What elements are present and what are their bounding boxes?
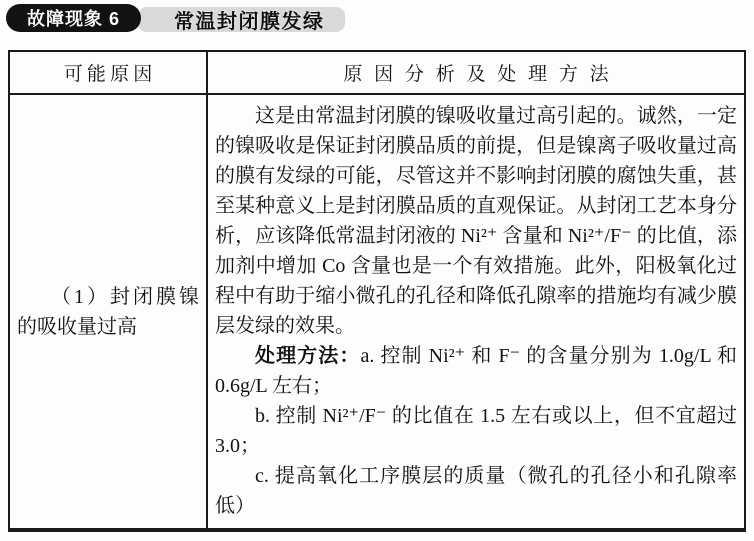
possible-cause-text: （1）封闭膜镍的吸收量过高 — [17, 282, 199, 342]
fault-table: 可能原因 原因分析及处理方法 （1）封闭膜镍的吸收量过高 这是由常温封闭膜的镍吸… — [8, 50, 746, 532]
analysis-paragraph-1: 这是由常温封闭膜的镍吸收量过高引起的。诚然，一定的镍吸收是保证封闭膜品质的前提，… — [215, 101, 737, 341]
fault-number-badge: 故障现象 6 — [6, 4, 141, 32]
table-row: （1）封闭膜镍的吸收量过高 这是由常温封闭膜的镍吸收量过高引起的。诚然，一定的镍… — [9, 94, 745, 530]
cell-possible-cause: （1）封闭膜镍的吸收量过高 — [9, 94, 207, 530]
header-cell-cause: 可能原因 — [9, 51, 207, 94]
fault-title-band: 常温封闭膜发绿 — [138, 7, 345, 32]
fault-table-body: （1）封闭膜镍的吸收量过高 这是由常温封闭膜的镍吸收量过高引起的。诚然，一定的镍… — [9, 94, 745, 530]
header-row: 可能原因 原因分析及处理方法 — [9, 51, 745, 94]
analysis-paragraph-2: 处理方法：a. 控制 Ni²⁺ 和 F⁻ 的含量分别为 1.0g/L 和 0.6… — [215, 341, 737, 401]
header-cell-analysis: 原因分析及处理方法 — [207, 51, 745, 94]
treatment-method-label: 处理方法： — [255, 345, 360, 367]
cell-analysis-method: 这是由常温封闭膜的镍吸收量过高引起的。诚然，一定的镍吸收是保证封闭膜品质的前提，… — [207, 94, 745, 530]
treatment-step-c: c. 提高氧化工序膜层的质量（微孔的孔径小和孔隙率低） — [215, 461, 737, 521]
treatment-step-b: b. 控制 Ni²⁺/F⁻ 的比值在 1.5 左右或以上，但不宜超过 3.0； — [215, 401, 737, 461]
fault-title: 常温封闭膜发绿 — [174, 5, 325, 34]
fault-number-badge-label: 故障现象 6 — [27, 5, 120, 31]
fault-table-header: 可能原因 原因分析及处理方法 — [9, 51, 745, 94]
